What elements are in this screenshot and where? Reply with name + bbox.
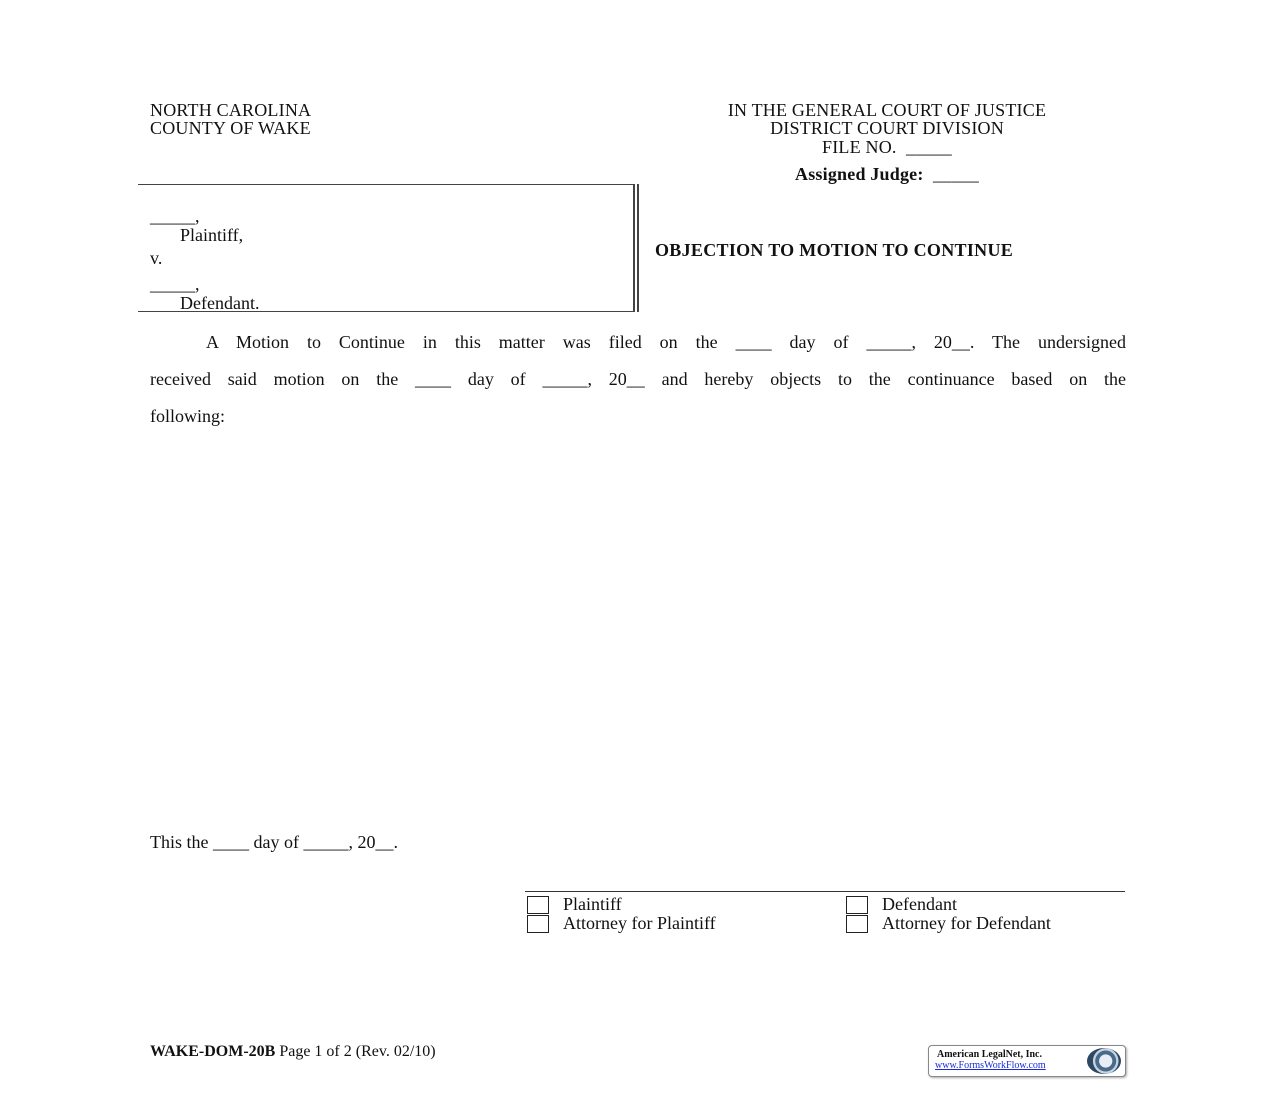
document-title: OBJECTION TO MOTION TO CONTINUE bbox=[655, 240, 1013, 261]
state-label: NORTH CAROLINA bbox=[150, 101, 311, 119]
date-line: This the ____ day of _____, 20__. bbox=[150, 832, 398, 853]
division-label: DISTRICT COURT DIVISION bbox=[640, 119, 1134, 137]
body-line-3: following: bbox=[150, 398, 1126, 435]
body-line-2: received said motion on the ____ day of … bbox=[150, 361, 1126, 398]
versus-label: v. bbox=[150, 248, 162, 269]
checkbox-label: Attorney for Defendant bbox=[882, 914, 1051, 933]
objection-reasons-area[interactable] bbox=[150, 440, 1126, 820]
signature-line[interactable] bbox=[525, 891, 1125, 892]
checkbox-icon[interactable] bbox=[527, 915, 549, 933]
logo-company-name: American LegalNet, Inc. bbox=[937, 1049, 1042, 1060]
checkbox-plaintiff[interactable]: Plaintiff bbox=[527, 895, 622, 914]
logo-url-link[interactable]: www.FormsWorkFlow.com bbox=[935, 1060, 1046, 1071]
defendant-name-field[interactable]: _____, bbox=[150, 274, 200, 295]
checkbox-label: Attorney for Plaintiff bbox=[563, 914, 716, 933]
defendant-label: Defendant. bbox=[180, 293, 259, 314]
american-legalnet-logo[interactable]: American LegalNet, Inc. www.FormsWorkFlo… bbox=[928, 1045, 1126, 1077]
court-label: IN THE GENERAL COURT OF JUSTICE bbox=[640, 101, 1134, 119]
file-no-label: FILE NO. bbox=[822, 137, 897, 157]
checkbox-label: Defendant bbox=[882, 895, 957, 914]
checkbox-icon[interactable] bbox=[846, 915, 868, 933]
form-footer: WAKE-DOM-20B Page 1 of 2 (Rev. 02/10) bbox=[150, 1043, 436, 1061]
file-no-field[interactable]: _____ bbox=[906, 137, 952, 157]
assigned-judge-label: Assigned Judge: bbox=[795, 164, 924, 184]
page-info: Page 1 of 2 (Rev. 02/10) bbox=[279, 1043, 435, 1060]
caption-divider bbox=[637, 184, 639, 312]
file-number: FILE NO. _____ bbox=[640, 138, 1134, 156]
checkbox-attorney-defendant[interactable]: Attorney for Defendant bbox=[846, 914, 1051, 933]
assigned-judge-field[interactable]: _____ bbox=[933, 164, 979, 184]
plaintiff-name-field[interactable]: _____, bbox=[150, 206, 200, 227]
caption-divider bbox=[633, 184, 635, 312]
county-label: COUNTY OF WAKE bbox=[150, 119, 311, 137]
form-code: WAKE-DOM-20B bbox=[150, 1043, 275, 1060]
checkbox-attorney-plaintiff[interactable]: Attorney for Plaintiff bbox=[527, 914, 716, 933]
checkbox-icon[interactable] bbox=[527, 896, 549, 914]
assigned-judge: Assigned Judge: _____ bbox=[640, 165, 1134, 183]
globe-icon bbox=[1087, 1048, 1121, 1074]
checkbox-icon[interactable] bbox=[846, 896, 868, 914]
checkbox-label: Plaintiff bbox=[563, 895, 622, 914]
checkbox-defendant[interactable]: Defendant bbox=[846, 895, 957, 914]
plaintiff-label: Plaintiff, bbox=[180, 225, 243, 246]
body-line-1: A Motion to Continue in this matter was … bbox=[150, 324, 1126, 361]
